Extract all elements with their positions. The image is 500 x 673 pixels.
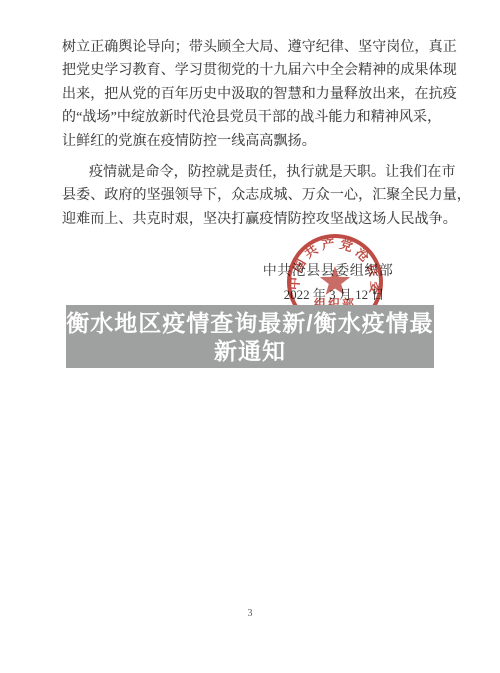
body-text-line: 让鲜红的党旗在疫情防控一线高高飘扬。 (62, 130, 454, 153)
body-text-line: 的“战场”中绽放新时代沧县党员干部的战斗能力和精神风采， (62, 106, 454, 129)
headline-overlay-banner[interactable]: 衡水地区疫情查询最新/衡水疫情最 新通知 (66, 305, 434, 368)
paragraph-2: 疫情就是命令，防控就是责任，执行就是天职。让我们在市 县委、政府的坚强领导下，众… (62, 161, 454, 231)
document-body: 树立正确舆论导向；带头顾全大局、遵守纪律、坚守岗位，真正 把党史学习教育、学习贯… (62, 36, 454, 231)
body-text-line: 出来，把从党的百年历史中汲取的智慧和力量释放出来，在抗疫 (62, 83, 454, 106)
body-text-line: 县委、政府的坚强领导下，众志成城、万众一心，汇聚全民力量， (62, 184, 454, 207)
headline-line-1: 衡水地区疫情查询最新/衡水疫情最 (66, 309, 433, 337)
seal-star-icon (320, 266, 350, 295)
body-text-line: 疫情就是命令，防控就是责任，执行就是天职。让我们在市 (62, 161, 454, 184)
paragraph-1: 树立正确舆论导向；带头顾全大局、遵守纪律、坚守岗位，真正 把党史学习教育、学习贯… (62, 36, 454, 153)
page-number: 3 (0, 608, 500, 619)
body-text-line: 树立正确舆论导向；带头顾全大局、遵守纪律、坚守岗位，真正 (62, 36, 454, 59)
body-text-line: 迎难而上、共克时艰，坚决打赢疫情防控攻坚战这场人民战争。 (62, 208, 454, 231)
scanned-document-page: 树立正确舆论导向；带头顾全大局、遵守纪律、坚守岗位，真正 把党史学习教育、学习贯… (0, 0, 500, 673)
headline-line-2: 新通知 (214, 337, 286, 365)
body-text-line: 把党史学习教育、学习贯彻党的十九届六中全会精神的成果体现 (62, 59, 454, 82)
